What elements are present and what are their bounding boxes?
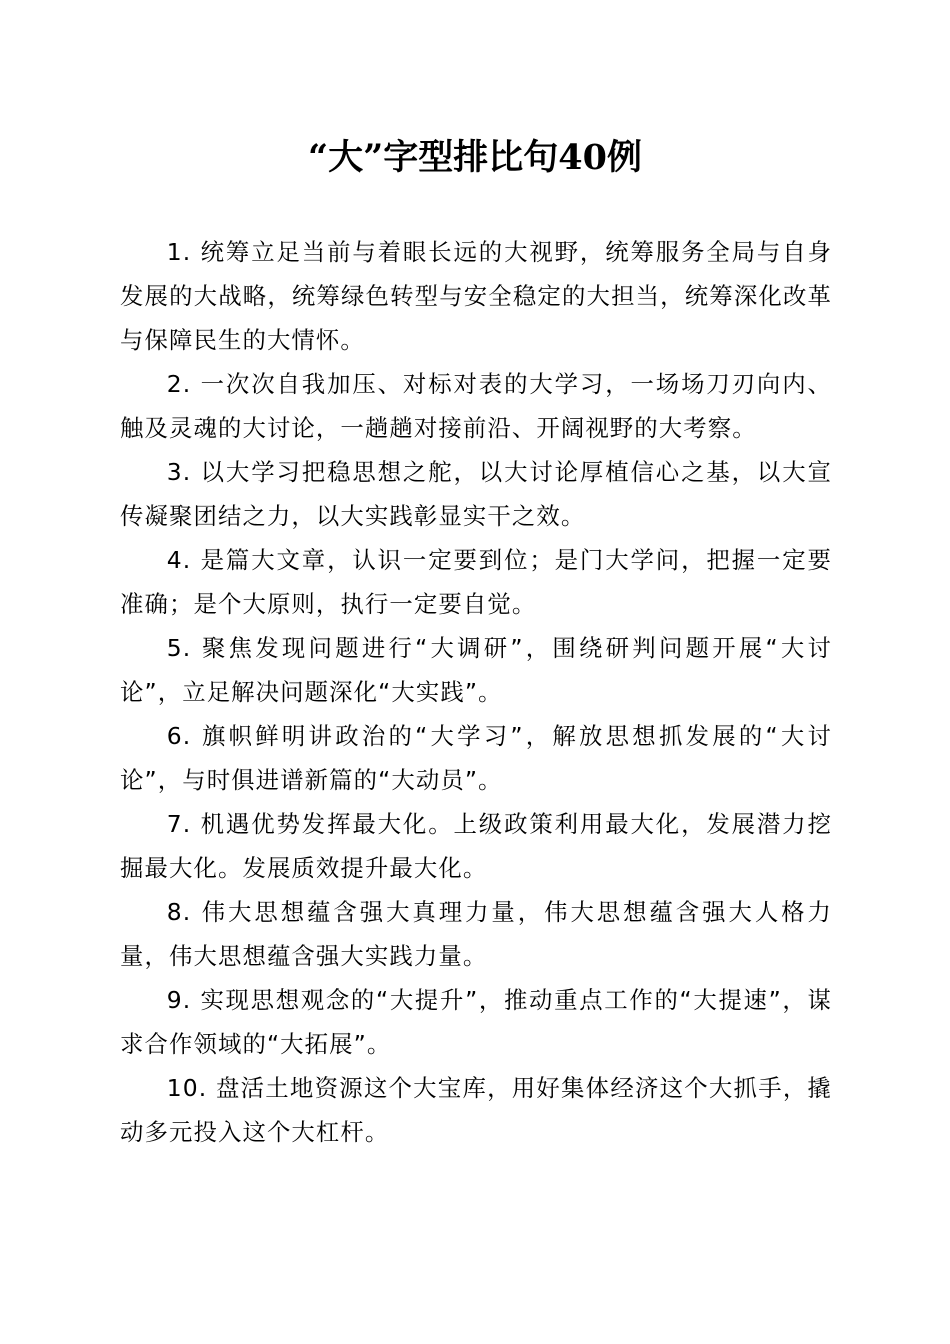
document-page: “大”字型排比句40例 1. 统筹立足当前与着眼长远的大视野，统筹服务全局与自身… [0, 0, 950, 1344]
paragraph-8: 8. 伟大思想蕴含强大真理力量，伟大思想蕴含强大人格力量，伟大思想蕴含强大实践力… [120, 890, 832, 978]
paragraph-6: 6. 旗帜鲜明讲政治的“大学习”，解放思想抓发展的“大讨论”，与时俱进谱新篇的“… [120, 714, 832, 802]
paragraph-7: 7. 机遇优势发挥最大化。上级政策利用最大化，发展潜力挖掘最大化。发展质效提升最… [120, 802, 832, 890]
paragraph-9: 9. 实现思想观念的“大提升”，推动重点工作的“大提速”，谋求合作领域的“大拓展… [120, 978, 832, 1066]
document-body: 1. 统筹立足当前与着眼长远的大视野，统筹服务全局与自身发展的大战略，统筹绿色转… [120, 230, 832, 1154]
paragraph-2: 2. 一次次自我加压、对标对表的大学习，一场场刀刃向内、触及灵魂的大讨论，一趟趟… [120, 362, 832, 450]
paragraph-1: 1. 统筹立足当前与着眼长远的大视野，统筹服务全局与自身发展的大战略，统筹绿色转… [120, 230, 832, 362]
paragraph-5: 5. 聚焦发现问题进行“大调研”，围绕研判问题开展“大讨论”，立足解决问题深化“… [120, 626, 832, 714]
document-title: “大”字型排比句40例 [0, 134, 950, 182]
paragraph-3: 3. 以大学习把稳思想之舵，以大讨论厚植信心之基，以大宣传凝聚团结之力，以大实践… [120, 450, 832, 538]
paragraph-4: 4. 是篇大文章，认识一定要到位；是门大学问，把握一定要准确；是个大原则，执行一… [120, 538, 832, 626]
paragraph-10: 10. 盘活土地资源这个大宝库，用好集体经济这个大抓手，撬动多元投入这个大杠杆。 [120, 1066, 832, 1154]
